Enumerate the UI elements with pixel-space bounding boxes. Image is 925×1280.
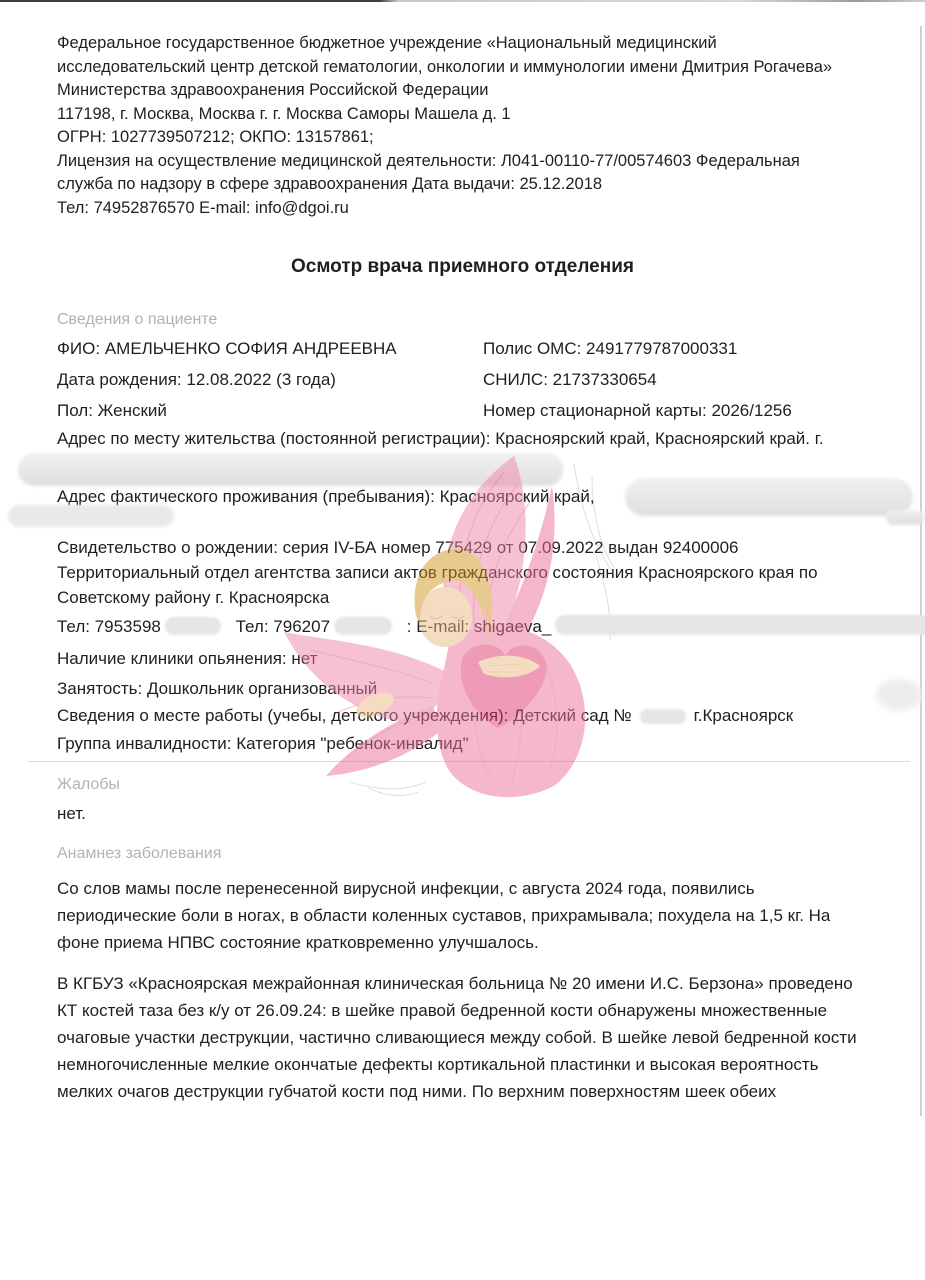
tel2-label: Тел: 796207 xyxy=(236,617,330,636)
tel1-label: Тел: 7953598 xyxy=(57,617,161,636)
patient-address-actual: Адрес фактического проживания (пребывани… xyxy=(57,486,595,507)
contacts-line: Тел: 7953598 Тел: 796207 : E-mail: shiga… xyxy=(57,615,925,637)
patient-fio: ФИО: АМЕЛЬЧЕНКО СОФИЯ АНДРЕЕВНА xyxy=(57,338,397,359)
anamnesis-p2-line-2: КТ костей таза без к/у от 26.09.24: в ше… xyxy=(57,997,857,1024)
anamnesis-p1-line-1: Со слов мамы после перенесенной вирусной… xyxy=(57,875,830,902)
birth-certificate-line-1: Свидетельство о рождении: серия IV-БА но… xyxy=(57,537,739,558)
anamnesis-p1-line-3: фоне приема НПВС состояние кратковременн… xyxy=(57,929,830,956)
anamnesis-section-title: Анамнез заболевания xyxy=(57,843,221,864)
redaction-blob-address-actual-tail xyxy=(886,510,924,525)
anamnesis-p2-line-5: мелких очагов деструкции губчатой кости … xyxy=(57,1078,857,1105)
scan-smudge xyxy=(876,679,922,711)
anamnesis-paragraph-2: В КГБУЗ «Красноярская межрайонная клинич… xyxy=(57,970,857,1105)
document-page: Федеральное государственное бюджетное уч… xyxy=(0,0,925,1280)
angel-hair xyxy=(415,549,488,624)
disability-line: Группа инвалидности: Категория "ребенок-… xyxy=(57,733,469,754)
scan-top-edge-artifact xyxy=(0,0,925,2)
org-header-line-8: Тел: 74952876570 E-mail: info@dgoi.ru xyxy=(57,197,832,221)
redaction-blob-kindergarten-number xyxy=(640,709,686,724)
section-divider xyxy=(28,761,910,762)
org-header-line-2: исследовательский центр детской гематоло… xyxy=(57,56,832,80)
patient-card-number: Номер стационарной карты: 2026/1256 xyxy=(483,400,792,421)
patient-birth-date: Дата рождения: 12.08.2022 (3 года) xyxy=(57,369,336,390)
org-header-line-7: служба по надзору в сфере здравоохранени… xyxy=(57,173,832,197)
org-header-line-4: 117198, г. Москва, Москва г. г. Москва С… xyxy=(57,103,832,127)
complaints-text: нет. xyxy=(57,803,86,824)
birth-certificate-line-3: Советскому району г. Красноярска xyxy=(57,587,329,608)
employment-line: Занятость: Дошкольник организованный xyxy=(57,678,377,699)
patient-address-registration: Адрес по месту жительства (постоянной ре… xyxy=(57,428,824,449)
anamnesis-p2-line-1: В КГБУЗ «Красноярская межрайонная клинич… xyxy=(57,970,857,997)
scan-right-edge-line xyxy=(920,26,922,1116)
patient-section-title: Сведения о пациенте xyxy=(57,309,217,330)
intoxication-line: Наличие клиники опьянения: нет xyxy=(57,648,317,669)
workplace-line: Сведения о месте работы (учебы, детского… xyxy=(57,705,793,726)
anamnesis-p2-line-4: немногочисленные мелкие окончатые дефект… xyxy=(57,1051,857,1078)
org-header-line-3: Министерства здравоохранения Российской … xyxy=(57,79,832,103)
redaction-blob-tel1 xyxy=(165,617,221,635)
patient-gender: Пол: Женский xyxy=(57,400,167,421)
org-header-line-1: Федеральное государственное бюджетное уч… xyxy=(57,32,832,56)
anamnesis-p1-line-2: периодические боли в ногах, в области ко… xyxy=(57,902,830,929)
angel-hand xyxy=(478,656,540,678)
redaction-blob-address-line2 xyxy=(8,505,174,527)
workplace-prefix: Сведения о месте работы (учебы, детского… xyxy=(57,706,632,725)
patient-polis-oms: Полис ОМС: 2491779787000331 xyxy=(483,338,737,359)
org-header-line-5: ОГРН: 1027739507212; ОКПО: 13157861; xyxy=(57,126,832,150)
org-header-line-6: Лицензия на осуществление медицинской де… xyxy=(57,150,832,174)
anamnesis-p2-line-3: очаговые участки деструкции, частично сл… xyxy=(57,1024,857,1051)
redaction-blob-email xyxy=(555,615,925,635)
org-header: Федеральное государственное бюджетное уч… xyxy=(57,32,832,220)
complaints-section-title: Жалобы xyxy=(57,774,120,795)
anamnesis-paragraph-1: Со слов мамы после перенесенной вирусной… xyxy=(57,875,830,956)
redaction-blob-address-registration xyxy=(18,453,563,486)
document-title: Осмотр врача приемного отделения xyxy=(0,256,925,278)
redaction-blob-tel2 xyxy=(334,617,392,635)
birth-certificate-line-2: Территориальный отдел агентства записи а… xyxy=(57,562,818,583)
patient-snils: СНИЛС: 21737330654 xyxy=(483,369,657,390)
email-label: : E-mail: shigaeva_ xyxy=(407,617,552,636)
workplace-suffix: г.Красноярск xyxy=(694,706,794,725)
redaction-blob-address-actual xyxy=(625,478,913,516)
